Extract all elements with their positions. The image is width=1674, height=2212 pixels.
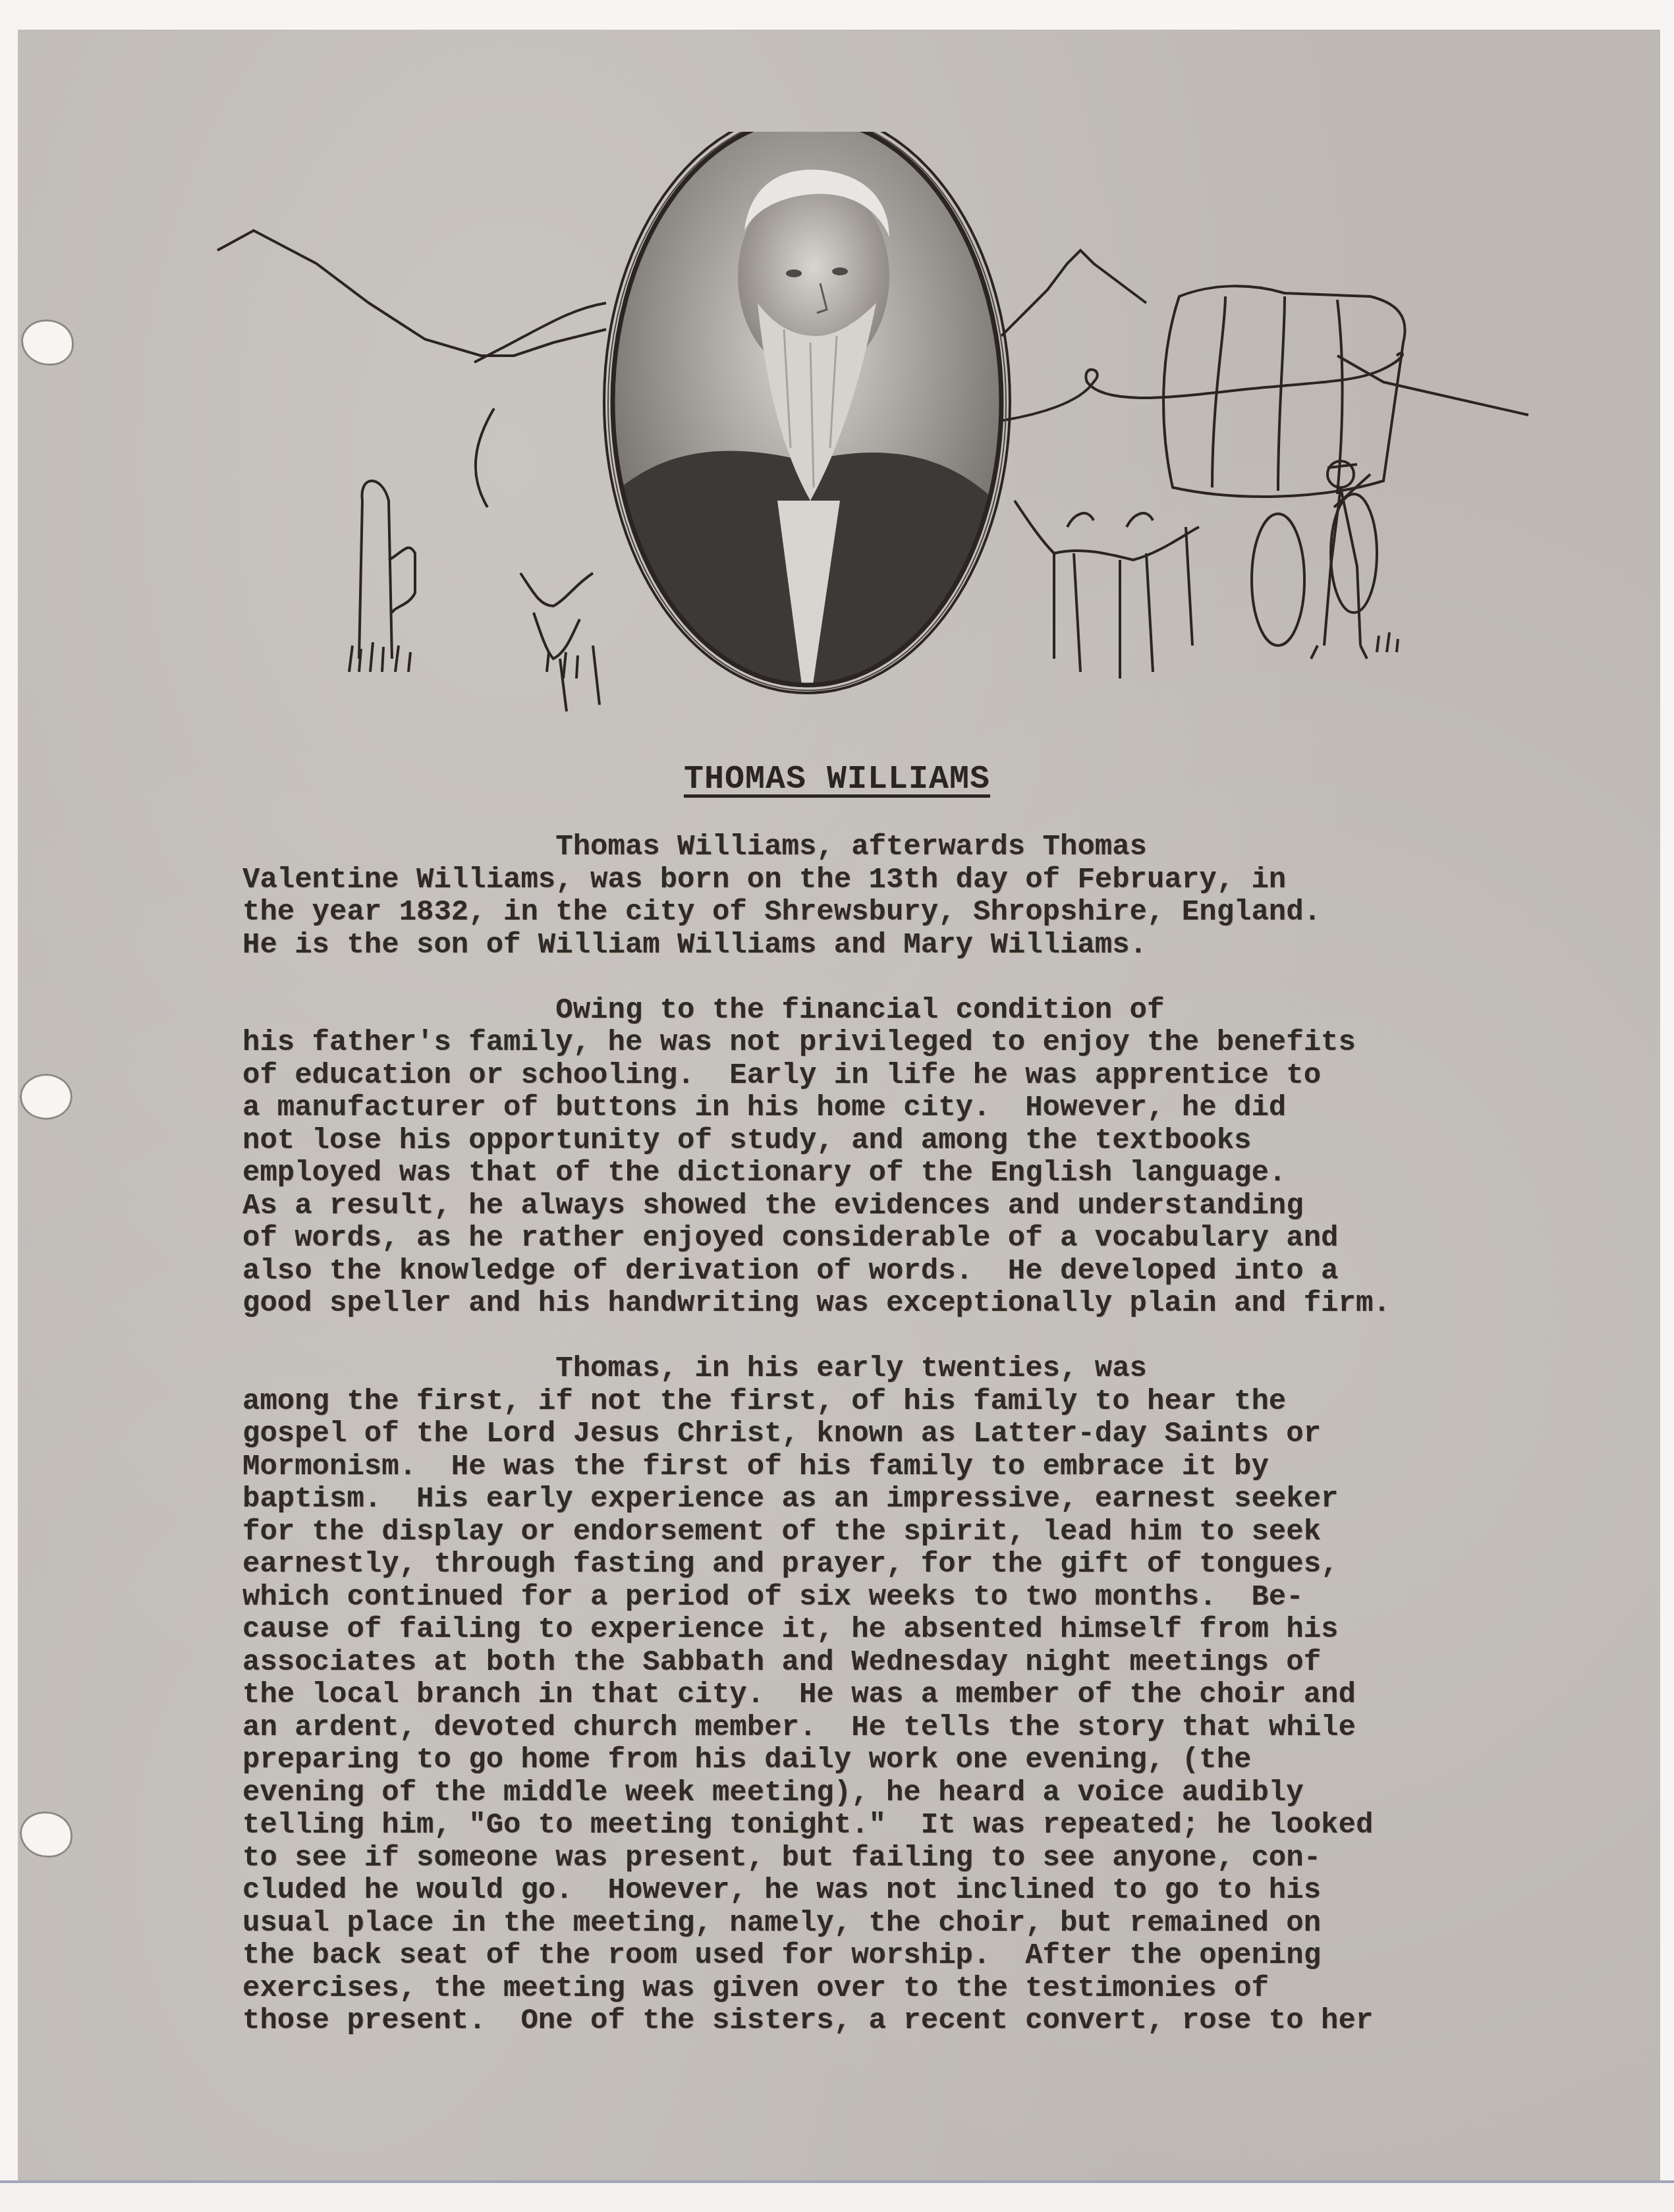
text-line: an ardent, devoted church member. He tel… <box>242 1712 1560 1745</box>
text-line: good speller and his handwriting was exc… <box>242 1288 1560 1321</box>
text-line: As a result, he always showed the eviden… <box>242 1190 1560 1223</box>
body-text: Thomas Williams, afterwards ThomasValent… <box>242 831 1560 2070</box>
text-line: those present. One of the sisters, a rec… <box>242 2005 1560 2038</box>
text-line: his father's family, he was not privileg… <box>242 1027 1560 1060</box>
text-line: evening of the middle week meeting), he … <box>242 1777 1560 1810</box>
text-line: among the first, if not the first, of hi… <box>242 1386 1560 1419</box>
title-text: THOMAS WILLIAMS <box>684 761 990 798</box>
document-title: THOMAS WILLIAMS <box>0 761 1674 798</box>
text-line: cause of failing to experience it, he ab… <box>242 1614 1560 1647</box>
text-line: the back seat of the room used for worsh… <box>242 1940 1560 1973</box>
portrait-photo <box>604 132 1010 725</box>
text-line: the year 1832, in the city of Shrewsbury… <box>242 897 1560 929</box>
text-line: which continued for a period of six week… <box>242 1582 1560 1615</box>
text-line: Owing to the financial condition of <box>242 995 1560 1028</box>
text-line: of words, as he rather enjoyed considera… <box>242 1223 1560 1256</box>
paragraph: Thomas, in his early twenties, wasamong … <box>242 1353 1560 2038</box>
text-line: Mormonism. He was the first of his famil… <box>242 1451 1560 1484</box>
text-line: not lose his opportunity of study, and a… <box>242 1125 1560 1158</box>
text-line: usual place in the meeting, namely, the … <box>242 1908 1560 1941</box>
text-line: to see if someone was present, but faili… <box>242 1842 1560 1875</box>
text-line: for the display or endorsement of the sp… <box>242 1516 1560 1549</box>
text-line: cluded he would go. However, he was not … <box>242 1875 1560 1908</box>
text-line: earnestly, through fasting and prayer, f… <box>242 1549 1560 1582</box>
paragraph: Thomas Williams, afterwards ThomasValent… <box>242 831 1560 962</box>
text-line: also the knowledge of derivation of word… <box>242 1256 1560 1288</box>
text-line: Thomas Williams, afterwards Thomas <box>242 831 1560 864</box>
text-line: a manufacturer of buttons in his home ci… <box>242 1092 1560 1125</box>
text-line: preparing to go home from his daily work… <box>242 1744 1560 1777</box>
text-line: of education or schooling. Early in life… <box>242 1060 1560 1093</box>
text-line: baptism. His early experience as an impr… <box>242 1483 1560 1516</box>
text-line: gospel of the Lord Jesus Christ, known a… <box>242 1418 1560 1451</box>
text-line: telling him, "Go to meeting tonight." It… <box>242 1810 1560 1842</box>
text-line: the local branch in that city. He was a … <box>242 1679 1560 1712</box>
text-line: exercises, the meeting was given over to… <box>242 1973 1560 2006</box>
paragraph: Owing to the financial condition ofhis f… <box>242 995 1560 1321</box>
scanner-edge-strip <box>0 2180 1674 2212</box>
text-line: Valentine Williams, was born on the 13th… <box>242 864 1560 897</box>
text-line: employed was that of the dictionary of t… <box>242 1157 1560 1190</box>
text-line: He is the son of William Williams and Ma… <box>242 929 1560 962</box>
text-line: Thomas, in his early twenties, was <box>242 1353 1560 1386</box>
portrait-illustration <box>198 132 1581 725</box>
punch-hole-middle <box>20 1074 72 1120</box>
text-line: associates at both the Sabbath and Wedne… <box>242 1647 1560 1680</box>
